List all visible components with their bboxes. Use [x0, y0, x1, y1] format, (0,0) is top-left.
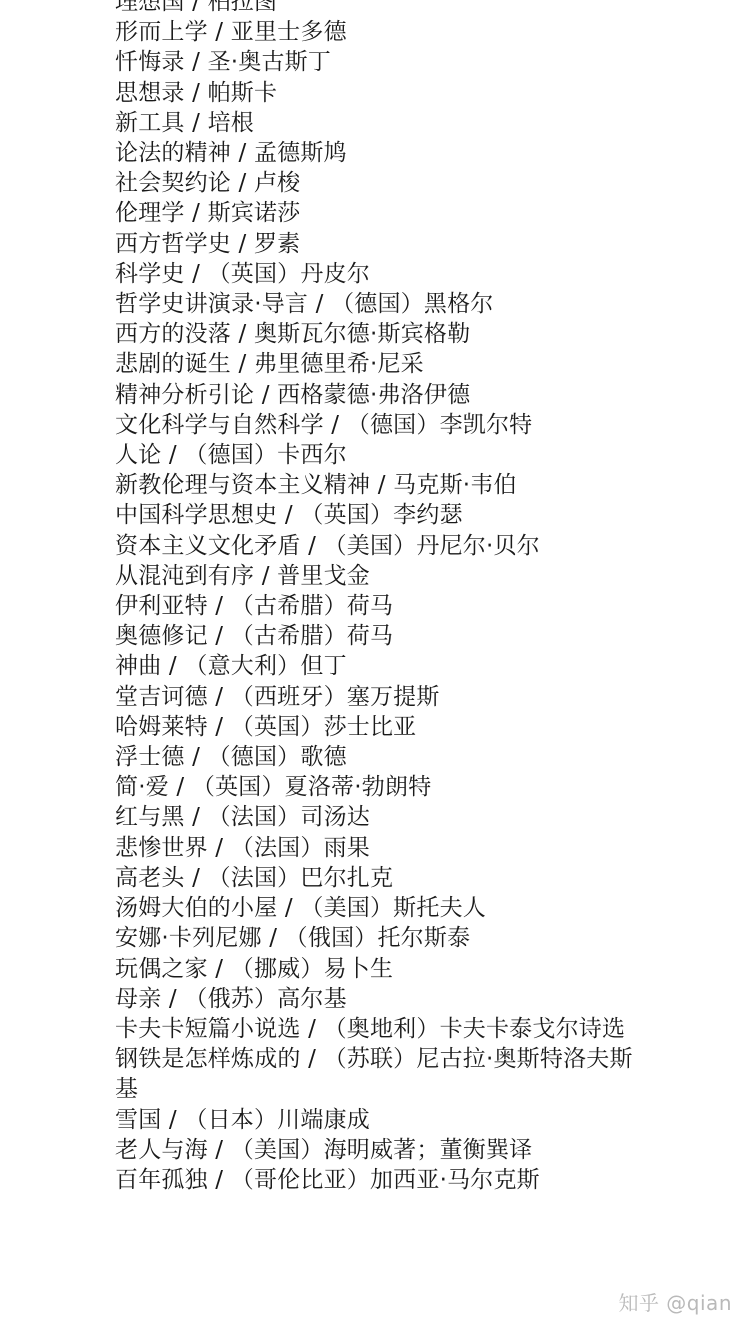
book-item: 伦理学 / 斯宾诺莎 [115, 198, 645, 228]
book-item: 高老头 / （法国）巴尔扎克 [115, 863, 645, 893]
book-item: 新工具 / 培根 [115, 108, 645, 138]
book-item: 神曲 / （意大利）但丁 [115, 651, 645, 681]
book-item: 安娜·卡列尼娜 / （俄国）托尔斯泰 [115, 923, 645, 953]
book-list: 理想国 / 柏拉图 形而上学 / 亚里士多德 忏悔录 / 圣·奥古斯丁 思想录 … [115, 0, 645, 1195]
book-item: 玩偶之家 / （挪威）易卜生 [115, 954, 645, 984]
book-item: 卡夫卡短篇小说选 / （奥地利）卡夫卡泰戈尔诗选 [115, 1014, 645, 1044]
book-item: 社会契约论 / 卢梭 [115, 168, 645, 198]
book-item: 老人与海 / （美国）海明威著；董衡巽译 [115, 1135, 645, 1165]
book-item: 堂吉诃德 / （西班牙）塞万提斯 [115, 682, 645, 712]
book-item: 红与黑 / （法国）司汤达 [115, 802, 645, 832]
book-item: 形而上学 / 亚里士多德 [115, 17, 645, 47]
book-item: 奥德修记 / （古希腊）荷马 [115, 621, 645, 651]
book-item: 哈姆莱特 / （英国）莎士比亚 [115, 712, 645, 742]
book-item: 论法的精神 / 孟德斯鸠 [115, 138, 645, 168]
book-item: 悲惨世界 / （法国）雨果 [115, 833, 645, 863]
book-item: 悲剧的诞生 / 弗里德里希·尼采 [115, 349, 645, 379]
book-item: 西方的没落 / 奥斯瓦尔德·斯宾格勒 [115, 319, 645, 349]
book-item: 资本主义文化矛盾 / （美国）丹尼尔·贝尔 [115, 531, 645, 561]
book-item: 理想国 / 柏拉图 [115, 0, 645, 17]
book-item: 西方哲学史 / 罗素 [115, 229, 645, 259]
book-item: 伊利亚特 / （古希腊）荷马 [115, 591, 645, 621]
book-item: 科学史 / （英国）丹皮尔 [115, 259, 645, 289]
book-item: 母亲 / （俄苏）高尔基 [115, 984, 645, 1014]
book-item: 从混沌到有序 / 普里戈金 [115, 561, 645, 591]
book-item: 浮士德 / （德国）歌德 [115, 742, 645, 772]
book-item: 汤姆大伯的小屋 / （美国）斯托夫人 [115, 893, 645, 923]
book-item: 钢铁是怎样炼成的 / （苏联）尼古拉·奥斯特洛夫斯基 [115, 1044, 645, 1104]
book-item: 文化科学与自然科学 / （德国）李凯尔特 [115, 410, 645, 440]
book-item: 忏悔录 / 圣·奥古斯丁 [115, 47, 645, 77]
book-item: 人论 / （德国）卡西尔 [115, 440, 645, 470]
book-item: 简·爱 / （英国）夏洛蒂·勃朗特 [115, 772, 645, 802]
book-item: 思想录 / 帕斯卡 [115, 78, 645, 108]
book-item: 百年孤独 / （哥伦比亚）加西亚·马尔克斯 [115, 1165, 645, 1195]
book-item: 精神分析引论 / 西格蒙德·弗洛伊德 [115, 380, 645, 410]
book-item: 雪国 / （日本）川端康成 [115, 1105, 645, 1135]
zhihu-watermark: 知乎 @qian [618, 1287, 732, 1316]
book-item: 新教伦理与资本主义精神 / 马克斯·韦伯 [115, 470, 645, 500]
book-item: 哲学史讲演录·导言 / （德国）黑格尔 [115, 289, 645, 319]
book-item: 中国科学思想史 / （英国）李约瑟 [115, 500, 645, 530]
